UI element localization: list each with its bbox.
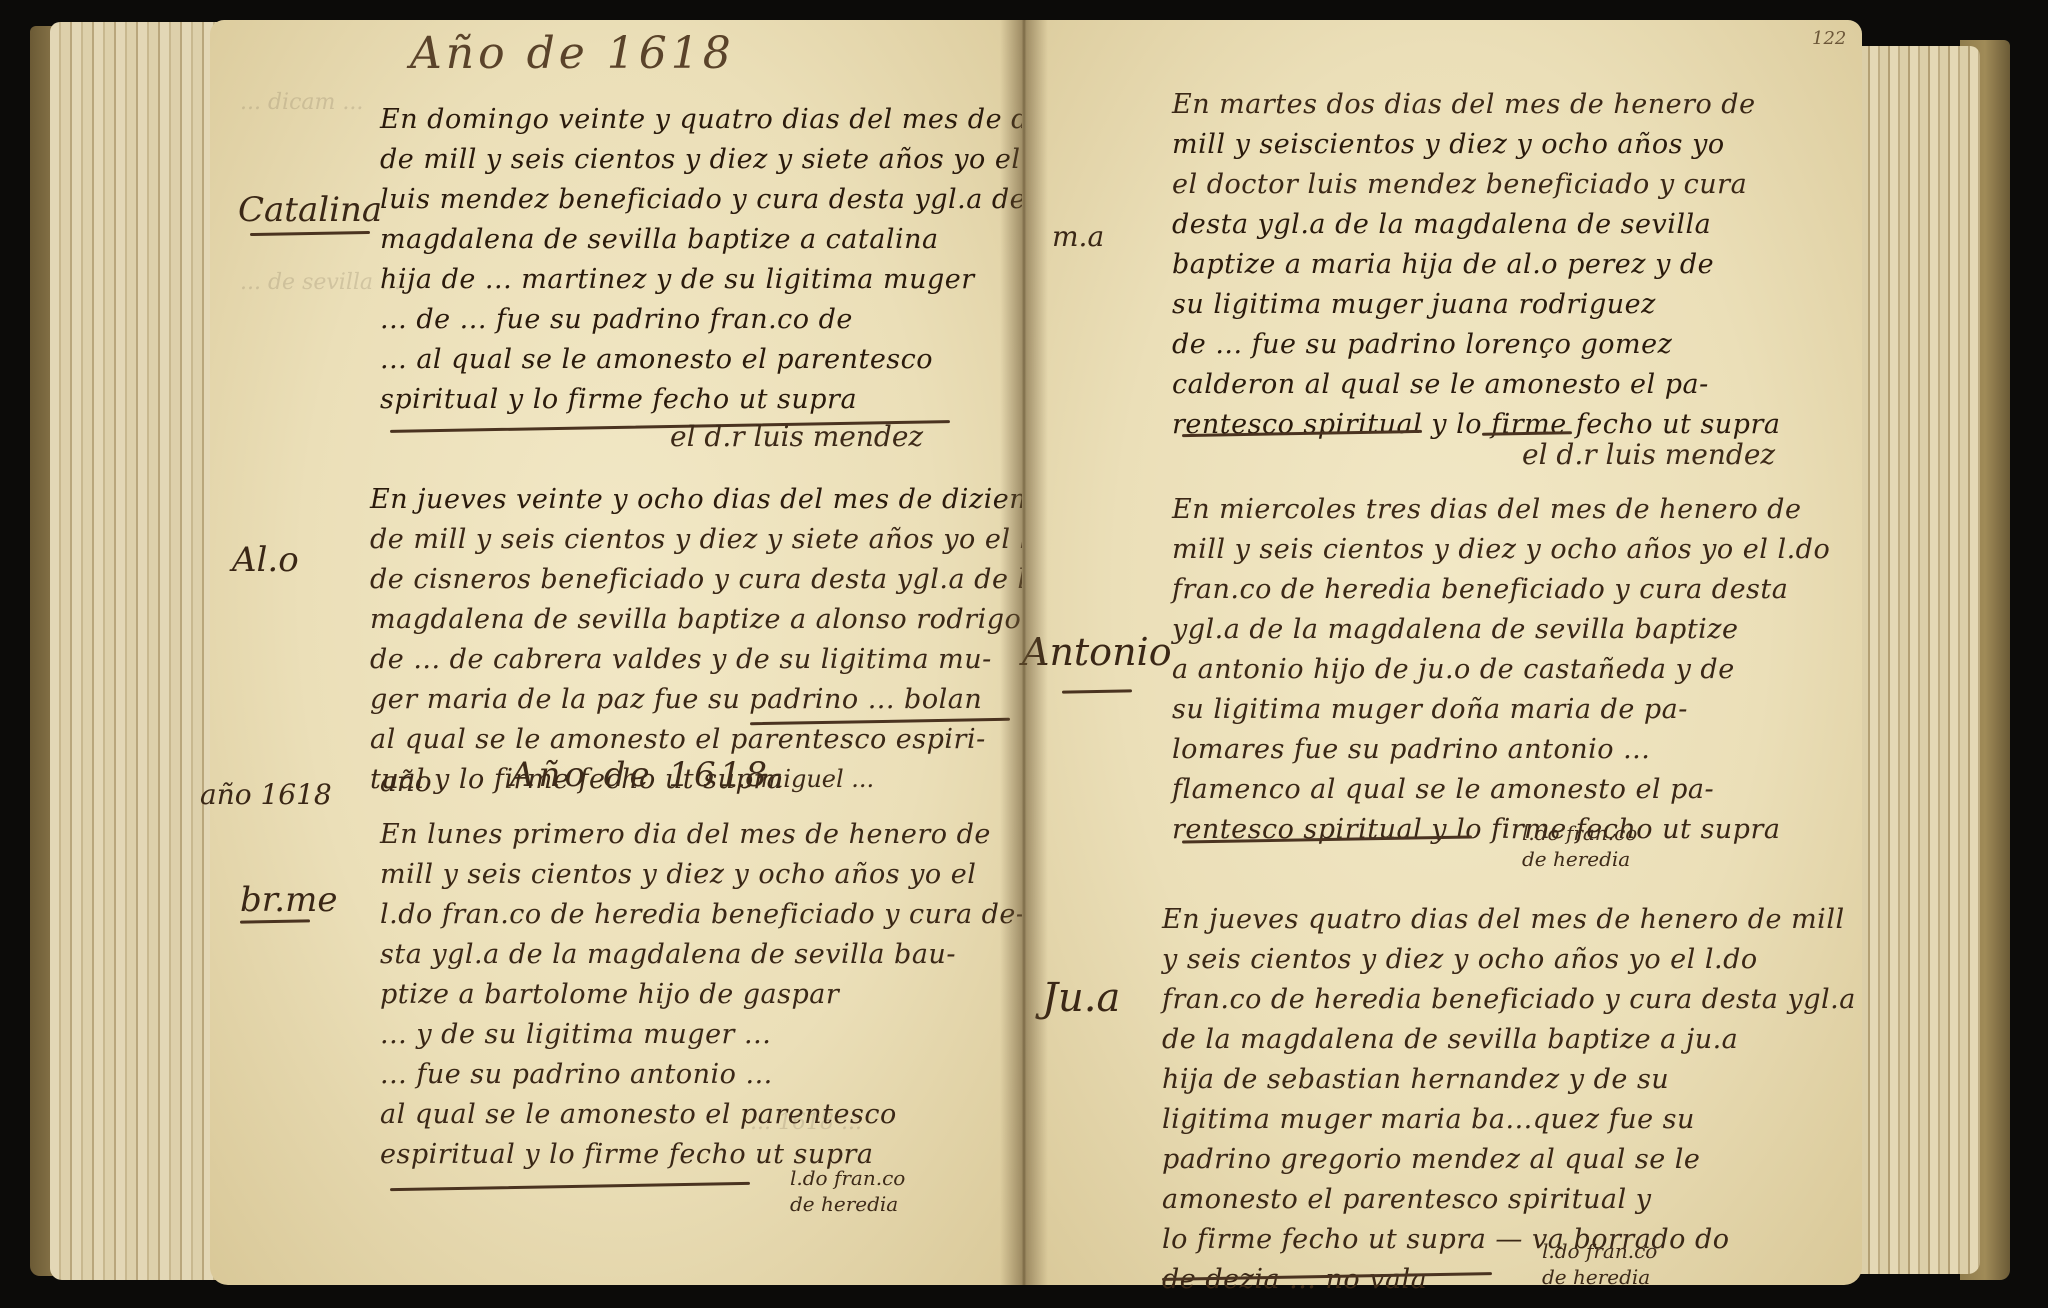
entry-line: lomares fue su padrino antonio ...: [1172, 730, 1830, 770]
signature-francisco-heredia: l.do fran.co de heredia: [790, 1165, 905, 1217]
entry-line: ... fue su padrino antonio ...: [380, 1055, 1026, 1095]
entry-end-rule: [390, 1182, 750, 1191]
entry-line: ptize a bartolome hijo de gaspar: [380, 975, 1026, 1015]
entry-line: y seis cientos y diez y ocho años yo el …: [1162, 940, 1856, 980]
entry-line: de cisneros beneficiado y cura desta ygl…: [370, 560, 1083, 600]
entry-line: su ligitima muger doña maria de pa-: [1172, 690, 1830, 730]
entry-line: mill y seis cientos y diez y ocho años y…: [380, 855, 1026, 895]
left-page: ... dicam ... ... de sevilla ... ... 161…: [210, 20, 1028, 1285]
signature-francisco-heredia: l.do fran.co de heredia: [1542, 1238, 1657, 1290]
entry-line: ligitima muger maria ba...quez fue su: [1162, 1100, 1856, 1140]
entry-line: hija de sebastian hernandez y de su: [1162, 1060, 1856, 1100]
entry-line: sta ygl.a de la magdalena de sevilla bau…: [380, 935, 1026, 975]
entry-line: En jueves quatro dias del mes de henero …: [1162, 900, 1856, 940]
entry-line: al qual se le amonesto el parentesco esp…: [370, 720, 1083, 760]
entry-line: En martes dos dias del mes de henero de: [1172, 85, 1780, 125]
entry-line: de ... de cabrera valdes y de su ligitim…: [370, 640, 1083, 680]
margin-name-bartolome: br.me: [240, 880, 337, 920]
entry-line: baptize a maria hija de al.o perez y de: [1172, 245, 1780, 285]
underline-rule: [1062, 689, 1132, 693]
entry-line: al qual se le amonesto el parentesco: [380, 1095, 1026, 1135]
page-edges-right: [1850, 46, 1980, 1274]
year-note: año: [380, 765, 432, 798]
entry-line: mill y seiscientos y diez y ocho años yo: [1172, 125, 1780, 165]
signature-luis-mendez: el d.r luis mendez: [670, 420, 923, 453]
entry-line: ygl.a de la magdalena de sevilla baptize: [1172, 610, 1830, 650]
baptism-entry-2: En jueves veinte y ocho dias del mes de …: [370, 480, 1083, 800]
entry-line: de dezia ... no vala: [1162, 1260, 1856, 1300]
underline-rule: [240, 919, 310, 923]
underline-rule: [250, 231, 370, 236]
entry-line: de ... fue su padrino lorenço gomez: [1172, 325, 1780, 365]
margin-year-1618: año 1618: [200, 778, 332, 811]
entry-line: de la magdalena de sevilla baptize a ju.…: [1162, 1020, 1856, 1060]
bleed-through-text: ... de sevilla ...: [240, 270, 401, 295]
entry-line: lo firme fecho ut supra — va borrado do: [1162, 1220, 1856, 1260]
entry-line: En lunes primero dia del mes de henero d…: [380, 815, 1026, 855]
entry-line: ... y de su ligitima muger ...: [380, 1015, 1026, 1055]
baptism-entry-3: En lunes primero dia del mes de henero d…: [380, 815, 1026, 1175]
entry-line: En jueves veinte y ocho dias del mes de …: [370, 480, 1083, 520]
manuscript-photo: ... dicam ... ... de sevilla ... ... 161…: [0, 0, 2048, 1308]
entry-line: fran.co de heredia beneficiado y cura de…: [1172, 570, 1830, 610]
signature-francisco-heredia: l.do fran.co de heredia: [1522, 820, 1637, 872]
entry-line: el doctor luis mendez beneficiado y cura: [1172, 165, 1780, 205]
entry-line: l.do fran.co de heredia beneficiado y cu…: [380, 895, 1026, 935]
margin-name-alonso: Al.o: [232, 540, 299, 580]
book-gutter: [1000, 20, 1048, 1285]
entry-line: a antonio hijo de ju.o de castañeda y de: [1172, 650, 1830, 690]
margin-name-catalina: Catalina: [238, 190, 382, 230]
heading-signature: ... miguel ...: [730, 765, 874, 793]
signature-luis-mendez: el d.r luis mendez: [1522, 438, 1775, 471]
bleed-through-text: ... dicam ...: [240, 90, 363, 115]
right-page: 122 m.a En martes dos dias del mes de he…: [1022, 20, 1862, 1285]
entry-line: padrino gregorio mendez al qual se le: [1162, 1140, 1856, 1180]
baptism-entry-6: En jueves quatro dias del mes de henero …: [1162, 900, 1856, 1300]
page-heading-year: Año de 1618: [410, 28, 735, 79]
baptism-entry-4: En martes dos dias del mes de henero de …: [1172, 85, 1780, 445]
entry-line: calderon al qual se le amonesto el pa-: [1172, 365, 1780, 405]
entry-line: de mill y seis cientos y diez y siete añ…: [370, 520, 1083, 560]
entry-line: magdalena de sevilla baptize a alonso ro…: [370, 600, 1083, 640]
folio-number: 122: [1812, 28, 1846, 49]
entry-line: flamenco al qual se le amonesto el pa-: [1172, 770, 1830, 810]
entry-line: En miercoles tres dias del mes de henero…: [1172, 490, 1830, 530]
entry-line: rentesco spiritual y lo firme fecho ut s…: [1172, 810, 1830, 850]
entry-line: espiritual y lo firme fecho ut supra: [380, 1135, 1026, 1175]
entry-line: ger maria de la paz fue su padrino ... b…: [370, 680, 1083, 720]
margin-name-juana: Ju.a: [1042, 975, 1120, 1021]
entry-line: amonesto el parentesco spiritual y: [1162, 1180, 1856, 1220]
entry-line: desta ygl.a de la magdalena de sevilla: [1172, 205, 1780, 245]
entry-line: fran.co de heredia beneficiado y cura de…: [1162, 980, 1856, 1020]
entry-line: su ligitima muger juana rodriguez: [1172, 285, 1780, 325]
page-edges-left: [50, 22, 225, 1280]
margin-name-maria: m.a: [1052, 220, 1104, 253]
entry-line: mill y seis cientos y diez y ocho años y…: [1172, 530, 1830, 570]
baptism-entry-5: En miercoles tres dias del mes de henero…: [1172, 490, 1830, 850]
